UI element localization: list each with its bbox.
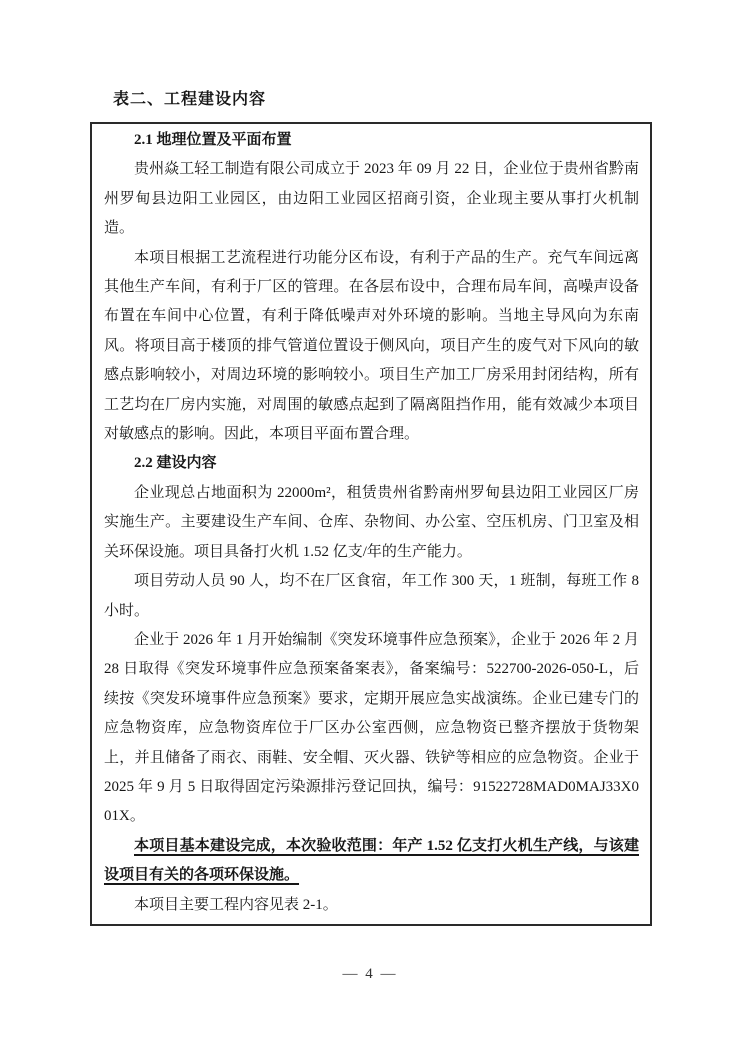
page-title: 表二、工程建设内容 (113, 86, 266, 109)
document-page: 表二、工程建设内容 2.1 地理位置及平面布置 贵州焱工轻工制造有限公司成立于 … (0, 0, 740, 1046)
section-heading-2-2: 2.2 建设内容 (104, 449, 639, 478)
paragraph-staffing: 项目劳动人员 90 人，均不在厂区食宿，年工作 300 天，1 班制，每班工作 … (104, 567, 639, 626)
paragraph-acceptance-scope: 本项目基本建设完成，本次验收范围：年产 1.52 亿支打火机生产线，与该建设项目… (104, 832, 639, 891)
paragraph-construction-content: 企业现总占地面积为 22000m²，租赁贵州省黔南州罗甸县边阳工业园区厂房实施生… (104, 479, 639, 567)
paragraph-company-intro: 贵州焱工轻工制造有限公司成立于 2023 年 09 月 22 日，企业位于贵州省… (104, 155, 639, 243)
paragraph-emergency-plan: 企业于 2026 年 1 月开始编制《突发环境事件应急预案》，企业于 2026 … (104, 626, 639, 832)
paragraph-see-table: 本项目主要工程内容见表 2-1。 (104, 891, 639, 920)
section-heading-2-1: 2.1 地理位置及平面布置 (104, 126, 639, 155)
content-box: 2.1 地理位置及平面布置 贵州焱工轻工制造有限公司成立于 2023 年 09 … (90, 122, 652, 926)
page-number: — 4 — (0, 966, 740, 983)
paragraph-layout-rationale: 本项目根据工艺流程进行功能分区布设，有利于产品的生产。充气车间远离其他生产车间，… (104, 244, 639, 450)
